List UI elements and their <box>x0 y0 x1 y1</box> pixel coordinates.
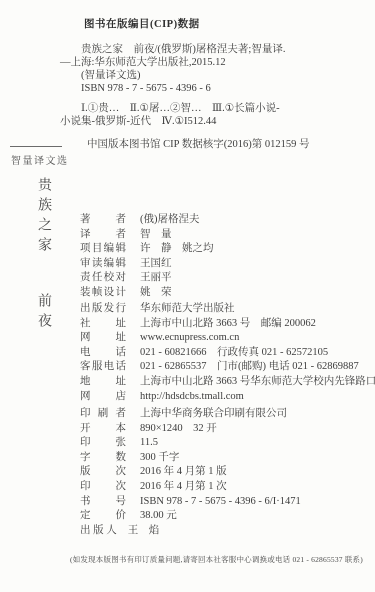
credit-value: 许 静 姚之均 <box>140 243 214 254</box>
publishing-row: 客服电话021 - 62865537 门市(邮购) 电话 021 - 62869… <box>80 360 375 375</box>
cip-classification-line: 小说集-俄罗斯-近代 Ⅳ.①I512.44 <box>60 115 350 128</box>
book-title-sub: 前夜 <box>36 293 51 333</box>
printing-row: 开本890×1240 32 开 <box>80 422 301 437</box>
credit-value: (俄)屠格涅夫 <box>140 214 200 225</box>
credit-label: 装帧设计 <box>80 286 126 301</box>
publishing-value: 上海市中山北路 3663 号华东师范大学校内先锋路口 <box>140 376 375 387</box>
publishing-row: 社址上海市中山北路 3663 号 邮编 200062 <box>80 317 375 332</box>
publishing-label: 客服电话 <box>80 360 126 375</box>
credit-label: 著者 <box>80 213 126 228</box>
cip-header: 图书在版编目(CIP)数据 <box>84 16 350 31</box>
publishing-row: 网店http://hdsdcbs.tmall.com <box>80 390 375 405</box>
credit-row: 责任校对王丽平 <box>80 271 214 286</box>
printing-value: 2016 年 4 月第 1 版 <box>140 466 227 477</box>
book-title-vertical: 贵族之家 前夜 <box>33 177 53 507</box>
credit-value: 姚 荣 <box>140 287 172 298</box>
publishing-row: 地址上海市中山北路 3663 号华东师范大学校内先锋路口 <box>80 375 375 390</box>
publishing-label: 社址 <box>80 317 126 332</box>
credits-block: 著者(俄)屠格涅夫 译者智 量 项目编辑许 静 姚之均 审读编辑王国红 责任校对… <box>80 213 214 301</box>
publishing-value: 021 - 60821666 行政传真 021 - 62572105 <box>140 347 328 358</box>
credit-label: 审读编辑 <box>80 257 126 272</box>
publishing-label: 出版发行 <box>80 302 126 317</box>
cip-description-line: (智量译文选) <box>60 69 350 82</box>
printing-row: 书号ISBN 978 - 7 - 5675 - 4396 - 6/I·1471 <box>80 495 301 510</box>
publishing-value: www.ecnupress.com.cn <box>140 332 239 343</box>
credit-value: 王国红 <box>140 258 172 269</box>
cip-classification-line: Ⅰ.①贵… Ⅱ.①屠…②智… Ⅲ.①长篇小说- <box>60 102 350 115</box>
publishing-row: 出版发行华东师范大学出版社 <box>80 302 375 317</box>
cip-classification: Ⅰ.①贵… Ⅱ.①屠…②智… Ⅲ.①长篇小说- 小说集-俄罗斯-近代 Ⅳ.①I5… <box>60 102 350 128</box>
credit-row: 译者智 量 <box>80 228 214 243</box>
printing-value: 300 千字 <box>140 452 179 463</box>
printing-value: ISBN 978 - 7 - 5675 - 4396 - 6/I·1471 <box>140 496 301 507</box>
printing-block: 印刷者上海中华商务联合印刷有限公司 开本890×1240 32 开 印张11.5… <box>80 407 301 524</box>
publishing-label: 地址 <box>80 375 126 390</box>
publishing-value: 华东师范大学出版社 <box>140 303 235 314</box>
printing-row: 字数300 千字 <box>80 451 301 466</box>
printing-label: 定价 <box>80 509 126 524</box>
printing-row: 版次2016 年 4 月第 1 版 <box>80 465 301 480</box>
publisher-person-block: 出 版 人王 焰 <box>80 524 159 539</box>
publishing-row: 网址www.ecnupress.com.cn <box>80 331 375 346</box>
credit-value: 王丽平 <box>140 272 172 283</box>
printing-value: 38.00 元 <box>140 510 177 521</box>
publishing-label: 网址 <box>80 331 126 346</box>
credit-row: 审读编辑王国红 <box>80 257 214 272</box>
publisher-person-value: 王 焰 <box>128 525 160 536</box>
publishing-value: 021 - 62865537 门市(邮购) 电话 021 - 62869887 <box>140 361 359 372</box>
printing-label: 字数 <box>80 451 126 466</box>
cip-description: 贵族之家 前夜/(俄罗斯)屠格涅夫著;智量译. —上海:华东师范大学出版社,20… <box>60 43 350 95</box>
credit-row: 项目编辑许 静 姚之均 <box>80 242 214 257</box>
quality-notice: (如发现本版图书有印订质量问题,请寄回本社客服中心调换或电话 021 - 628… <box>70 554 370 565</box>
cip-description-line: 贵族之家 前夜/(俄罗斯)屠格涅夫著;智量译. <box>60 43 350 56</box>
series-divider-rule <box>10 146 62 147</box>
book-copyright-page: 图书在版编目(CIP)数据 贵族之家 前夜/(俄罗斯)屠格涅夫著;智量译. —上… <box>0 0 375 592</box>
publishing-value: 上海市中山北路 3663 号 邮编 200062 <box>140 318 316 329</box>
printing-value: 890×1240 32 开 <box>140 423 217 434</box>
publishing-value: http://hdsdcbs.tmall.com <box>140 391 244 402</box>
credit-label: 责任校对 <box>80 271 126 286</box>
printing-value: 上海中华商务联合印刷有限公司 <box>140 408 287 419</box>
printing-row: 印次2016 年 4 月第 1 次 <box>80 480 301 495</box>
publisher-person-row: 出 版 人王 焰 <box>80 524 159 539</box>
credit-label: 译者 <box>80 228 126 243</box>
printing-label: 印张 <box>80 436 126 451</box>
credit-value: 智 量 <box>140 229 172 240</box>
printing-row: 定价38.00 元 <box>80 509 301 524</box>
credit-label: 项目编辑 <box>80 242 126 257</box>
cip-block: 图书在版编目(CIP)数据 贵族之家 前夜/(俄罗斯)屠格涅夫著;智量译. —上… <box>60 16 350 151</box>
printing-row: 印张11.5 <box>80 436 301 451</box>
printing-value: 11.5 <box>140 437 158 448</box>
credit-row: 著者(俄)屠格涅夫 <box>80 213 214 228</box>
cip-description-line: ISBN 978 - 7 - 5675 - 4396 - 6 <box>60 82 350 95</box>
book-title-main: 贵族之家 <box>36 177 51 257</box>
printing-value: 2016 年 4 月第 1 次 <box>140 481 227 492</box>
publishing-label: 电话 <box>80 346 126 361</box>
cip-description-line: —上海:华东师范大学出版社,2015.12 <box>60 56 350 69</box>
printing-row: 印刷者上海中华商务联合印刷有限公司 <box>80 407 301 422</box>
printing-label: 印刷者 <box>80 407 126 422</box>
printing-label: 印次 <box>80 480 126 495</box>
publishing-block: 出版发行华东师范大学出版社 社址上海市中山北路 3663 号 邮编 200062… <box>80 302 375 404</box>
series-title: 智量译文选 <box>11 152 69 167</box>
printing-label: 开本 <box>80 422 126 437</box>
publishing-label: 网店 <box>80 390 126 405</box>
cip-record-number: 中国版本图书馆 CIP 数据核字(2016)第 012159 号 <box>87 138 350 151</box>
credit-row: 装帧设计姚 荣 <box>80 286 214 301</box>
printing-label: 书号 <box>80 495 126 510</box>
publisher-person-label: 出 版 人 <box>80 524 117 539</box>
printing-label: 版次 <box>80 465 126 480</box>
publishing-row: 电话021 - 60821666 行政传真 021 - 62572105 <box>80 346 375 361</box>
